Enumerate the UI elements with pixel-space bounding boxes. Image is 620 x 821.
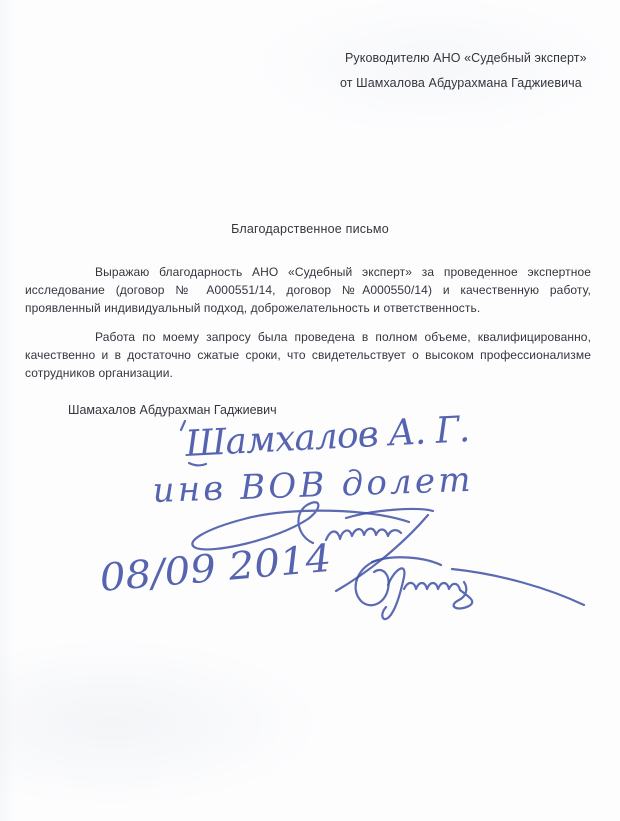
signature-flourish-2 <box>356 557 584 619</box>
scanned-letter-page: Руководителю АНО «Судебный эксперт» от Ш… <box>0 0 620 821</box>
handwritten-date: 08/09 2014 <box>98 536 333 600</box>
handwriting-layer: Шамхалов А. Г. инв ВОВ долет 08/09 2014 <box>0 0 620 821</box>
handwritten-name: Шамхалов А. Г. <box>183 409 471 465</box>
